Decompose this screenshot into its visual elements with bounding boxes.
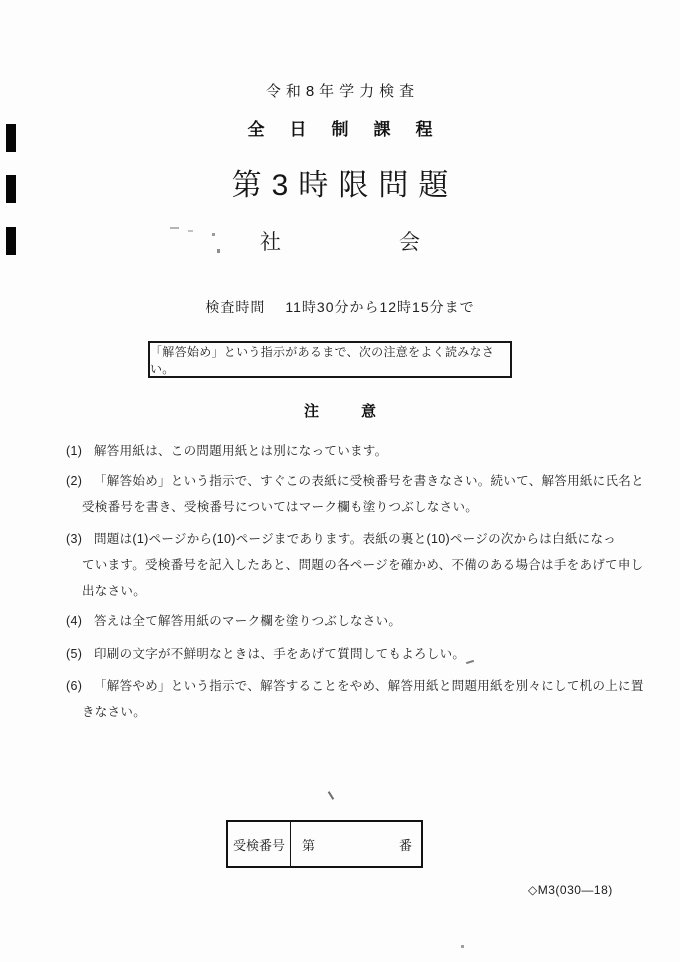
form-code: ◇M3(030—18) <box>528 883 613 897</box>
exam-number-prefix: 第 <box>302 835 315 854</box>
subject-char-first: 社 <box>260 229 281 257</box>
note-text-line: 解答用紙は、この問題用紙とは別になっています。 <box>82 438 626 464</box>
scan-artifact <box>461 945 464 948</box>
course-title: 全日制課程 <box>0 118 680 142</box>
instruction-box-text: 「解答始め」という指示があるまで、次の注意をよく読みなさい。 <box>150 343 510 377</box>
note-item-5: (5) 印刷の文字が不鮮明なときは、手をあげて質問してもよろしい。 <box>66 641 626 667</box>
exam-time-line: 検査時間 11時30分から12時15分まで <box>0 297 680 317</box>
notes-heading-char-first: 注 <box>304 402 319 422</box>
exam-year-title: 令和8年学力検査 <box>0 81 680 103</box>
note-text-line: 「解答始め」という指示で、すぐこの表紙に受検番号を書きなさい。続いて、解答用紙に… <box>82 468 626 494</box>
note-number: (2) <box>66 468 82 494</box>
notes-heading-char-second: 意 <box>361 402 376 422</box>
note-text-line: ています。受検番号を記入したあと、問題の各ページを確かめ、不備のある場合は手をあ… <box>82 552 626 578</box>
note-number: (4) <box>66 608 82 634</box>
note-number: (6) <box>66 673 82 699</box>
scan-artifact <box>170 227 179 229</box>
note-text-line: 「解答やめ」という指示で、解答することをやめ、解答用紙と問題用紙を別々にして机の… <box>82 673 626 699</box>
period-title: 第3時限問題 <box>0 166 680 206</box>
note-text-line: 印刷の文字が不鮮明なときは、手をあげて質問してもよろしい。 <box>82 641 626 667</box>
note-item-2: (2) 「解答始め」という指示で、すぐこの表紙に受検番号を書きなさい。続いて、解… <box>66 468 626 520</box>
note-item-4: (4) 答えは全て解答用紙のマーク欄を塗りつぶしなさい。 <box>66 608 626 634</box>
exam-cover-page: 令和8年学力検査 全日制課程 第3時限問題 社 会 検査時間 11時30分から1… <box>0 0 680 962</box>
scan-artifact <box>217 249 220 253</box>
note-text-line: きなさい。 <box>82 699 626 725</box>
scan-artifact <box>212 233 215 236</box>
exam-number-suffix: 番 <box>399 835 412 854</box>
note-item-1: (1) 解答用紙は、この問題用紙とは別になっています。 <box>66 438 626 464</box>
note-text-line: 答えは全て解答用紙のマーク欄を塗りつぶしなさい。 <box>82 608 626 634</box>
note-number: (5) <box>66 641 82 667</box>
note-item-6: (6) 「解答やめ」という指示で、解答することをやめ、解答用紙と問題用紙を別々に… <box>66 673 626 725</box>
note-text-line: 問題は(1)ページから(10)ページまであります。表紙の裏と(10)ページの次か… <box>82 526 626 552</box>
exam-time-value: 11時30分から12時15分まで <box>285 297 474 317</box>
note-number: (1) <box>66 438 82 464</box>
exam-number-box: 受検番号 第 番 <box>226 820 423 868</box>
exam-time-label: 検査時間 <box>205 297 265 317</box>
subject-char-second: 会 <box>399 229 420 257</box>
exam-number-field: 第 番 <box>291 822 421 866</box>
note-text-line: 受検番号を書き、受検番号についてはマーク欄も塗りつぶしなさい。 <box>82 494 626 520</box>
exam-number-label: 受検番号 <box>228 822 291 866</box>
scan-artifact <box>328 791 334 800</box>
note-item-3: (3) 問題は(1)ページから(10)ページまであります。表紙の裏と(10)ペー… <box>66 526 626 604</box>
note-number: (3) <box>66 526 82 552</box>
instruction-box: 「解答始め」という指示があるまで、次の注意をよく読みなさい。 <box>148 341 512 378</box>
subject-title: 社 会 <box>0 229 680 257</box>
notes-heading: 注 意 <box>0 402 680 422</box>
scan-artifact <box>188 230 193 232</box>
note-text-line: 出なさい。 <box>82 578 626 604</box>
